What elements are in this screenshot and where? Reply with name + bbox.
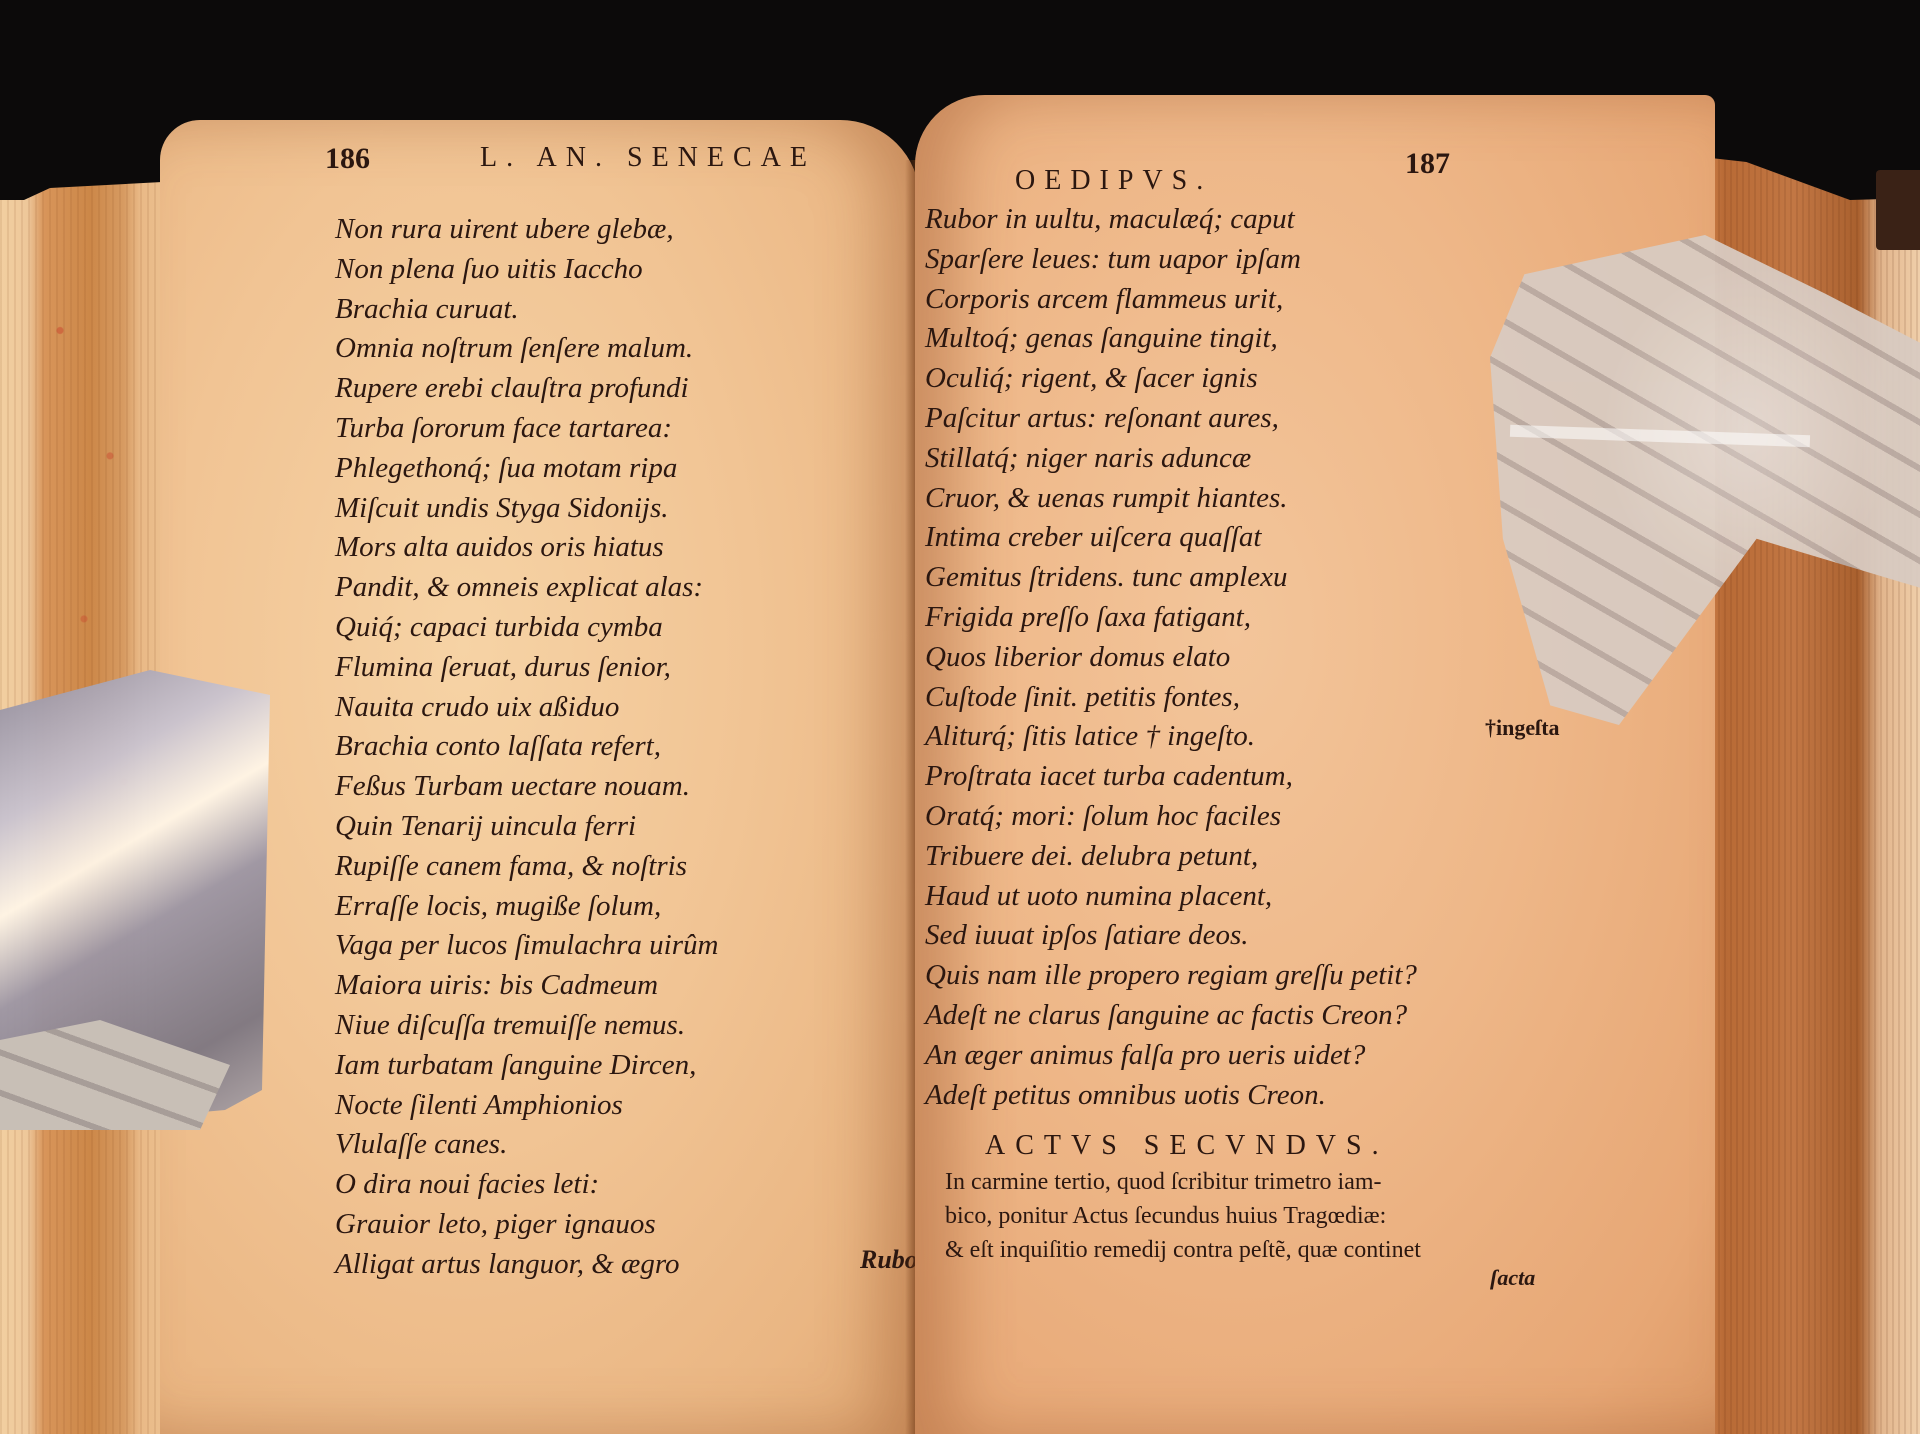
verse-line: Non rura uirent ubere glebæ, <box>335 210 718 250</box>
left-running-head: L. AN. SENECAE <box>480 142 816 174</box>
verse-line: Turba ſororum face tartarea: <box>335 409 718 449</box>
verse-line: Brachia conto laſſata refert, <box>335 727 718 767</box>
verse-line: Nocte ſilenti Amphionios <box>335 1086 718 1126</box>
argument-line: bico, ponitur Actus ſecundus huius Tragœ… <box>945 1199 1525 1233</box>
verse-line: Sed iuuat ipſos ſatiare deos. <box>925 916 1417 956</box>
verse-line: Oculiq́; rigent, & ſacer ignis <box>925 359 1417 399</box>
verse-line: Vaga per lucos ſimulachra uirûm <box>335 926 718 966</box>
verse-line: Nauita crudo uix aßiduo <box>335 688 718 728</box>
verse-line: Oratq́; mori: ſolum hoc faciles <box>925 797 1417 837</box>
right-page-number: 187 <box>1405 147 1450 181</box>
verse-line: Adeſt ne clarus ſanguine ac factis Creon… <box>925 996 1417 1036</box>
act-argument: In carmine tertio, quod ſcribitur trimet… <box>945 1165 1525 1267</box>
verse-line: Intima creber uiſcera quaſſat <box>925 518 1417 558</box>
verse-line: Pandit, & omneis explicat alas: <box>335 568 718 608</box>
verse-line: Brachia curuat. <box>335 290 718 330</box>
verse-line: Omnia noſtrum ſenſere malum. <box>335 329 718 369</box>
verse-line: An æger animus falſa pro ueris uidet? <box>925 1036 1417 1076</box>
verse-line: Miſcuit undis Styga Sidonijs. <box>335 489 718 529</box>
verse-line: Proſtrata iacet turba cadentum, <box>925 757 1417 797</box>
verse-line: Grauior leto, piger ignauos <box>335 1205 718 1245</box>
verse-line: Non plena ſuo uitis Iaccho <box>335 250 718 290</box>
verse-line: O dira noui facies leti: <box>335 1165 718 1205</box>
verse-line: Tribuere dei. delubra petunt, <box>925 837 1417 877</box>
verse-line: Stillatq́; niger naris aduncæ <box>925 439 1417 479</box>
verse-line: Alligat artus languor, & ægro <box>335 1245 718 1285</box>
verse-line: Maiora uiris: bis Cadmeum <box>335 966 718 1006</box>
verse-line: Gemitus ſtridens. tunc amplexu <box>925 558 1417 598</box>
verse-line: Phlegethonq́; ſua motam ripa <box>335 449 718 489</box>
verse-line: Quiq́; capaci turbida cymba <box>335 608 718 648</box>
verse-line: Quis nam ille propero regiam greſſu peti… <box>925 956 1417 996</box>
verse-line: Iam turbatam ſanguine Dircen, <box>335 1046 718 1086</box>
verse-line: Rupere erebi clauſtra profundi <box>335 369 718 409</box>
right-running-head: OEDIPVS. <box>1015 165 1212 197</box>
right-catchword: ſacta <box>1490 1265 1535 1291</box>
verse-line: Aliturq́; ſitis latice † ingeſto. <box>925 717 1417 757</box>
left-verse-block: Non rura uirent ubere glebæ, Non plena ſ… <box>335 210 718 1285</box>
verse-line: Cuſtode ſinit. petitis fontes, <box>925 678 1417 718</box>
book-binding <box>1876 170 1920 250</box>
marginal-note: †ingeſta <box>1485 715 1560 741</box>
verse-line: Adeſt petitus omnibus uotis Creon. <box>925 1076 1417 1116</box>
verse-line: Quin Tenarij uincula ferri <box>335 807 718 847</box>
verse-line: Cruor, & uenas rumpit hiantes. <box>925 479 1417 519</box>
left-page-number: 186 <box>325 142 370 176</box>
argument-line: & eſt inquiſitio remedij contra peſtẽ, q… <box>945 1233 1525 1267</box>
argument-line: In carmine tertio, quod ſcribitur trimet… <box>945 1165 1525 1199</box>
verse-line: Sparſere leues: tum uapor ipſam <box>925 240 1417 280</box>
verse-line: Haud ut uoto numina placent, <box>925 877 1417 917</box>
verse-line: Erraſſe locis, mugiße ſolum, <box>335 887 718 927</box>
verse-line: Niue diſcuſſa tremuiſſe nemus. <box>335 1006 718 1046</box>
verse-line: Frigida preſſo ſaxa fatigant, <box>925 598 1417 638</box>
verse-line: Paſcitur artus: reſonant aures, <box>925 399 1417 439</box>
verse-line: Rupiſſe canem fama, & noſtris <box>335 847 718 887</box>
right-verse-block: Rubor in uultu, maculæq́; caput Sparſere… <box>925 200 1417 1115</box>
verse-line: Quos liberior domus elato <box>925 638 1417 678</box>
book-photo: 186 L. AN. SENECAE Non rura uirent ubere… <box>0 0 1920 1434</box>
verse-line: Flumina ſeruat, durus ſenior, <box>335 648 718 688</box>
left-page: 186 L. AN. SENECAE Non rura uirent ubere… <box>160 120 920 1434</box>
verse-line: Corporis arcem flammeus urit, <box>925 280 1417 320</box>
verse-line: Rubor in uultu, maculæq́; caput <box>925 200 1417 240</box>
verse-line: Vlulaſſe canes. <box>335 1125 718 1165</box>
verse-line: Mors alta auidos oris hiatus <box>335 528 718 568</box>
act-title: ACTVS SECVNDVS. <box>985 1130 1389 1162</box>
verse-line: Multoq́; genas ſanguine tingit, <box>925 319 1417 359</box>
verse-line: Feßus Turbam uectare nouam. <box>335 767 718 807</box>
